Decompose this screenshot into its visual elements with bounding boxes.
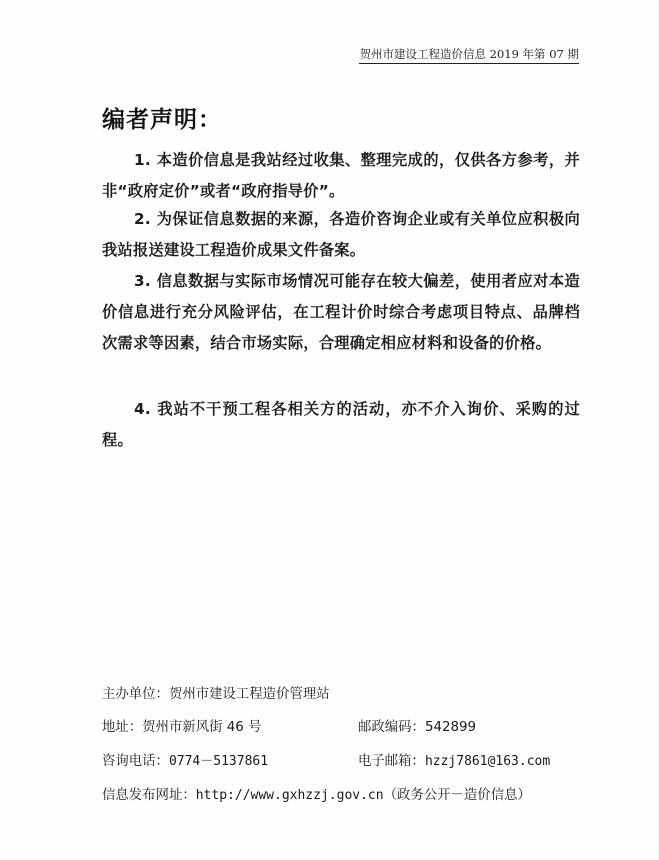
postcode-label: 邮政编码： <box>358 720 425 735</box>
phone-value: 0774－5137861 <box>169 754 268 769</box>
website-note: （政务公开－造价信息） <box>384 788 531 803</box>
website-link[interactable]: http://www.gxhzzj.gov.cn <box>196 788 384 803</box>
sponsor-label: 主办单位： <box>102 687 169 702</box>
statement-1: 1. 本造价信息是我站经过收集、整理完成的，仅供各方参考，并非“政府定价”或者“… <box>102 145 580 207</box>
sponsor-line: 主办单位：贺州市建设工程造价管理站 <box>102 683 330 702</box>
sponsor-value: 贺州市建设工程造价管理站 <box>169 687 330 702</box>
statement-2: 2. 为保证信息数据的来源，各造价咨询企业或有关单位应积极向我站报送建设工程造价… <box>102 204 580 266</box>
postcode-line: 邮政编码：542899 <box>358 716 476 735</box>
statement-3: 3. 信息数据与实际市场情况可能存在较大偏差，使用者应对本造价信息进行充分风险评… <box>102 266 580 359</box>
page-title: 编者声明： <box>102 101 222 134</box>
address-label: 地址： <box>102 720 142 735</box>
email-line: 电子邮箱：hzzj7861@163.com <box>358 750 550 769</box>
phone-line: 咨询电话：0774－5137861 <box>102 750 268 769</box>
phone-label: 咨询电话： <box>102 754 169 769</box>
website-line: 信息发布网址：http://www.gxhzzj.gov.cn（政务公开－造价信… <box>102 784 531 803</box>
email-label: 电子邮箱： <box>358 754 425 769</box>
address-line: 地址：贺州市新风街 46 号 <box>102 716 261 735</box>
website-label: 信息发布网址： <box>102 788 196 803</box>
email-value[interactable]: hzzj7861@163.com <box>425 754 550 769</box>
statement-4: 4. 我站不干预工程各相关方的活动，亦不介入询价、采购的过程。 <box>102 394 580 456</box>
running-header: 贺州市建设工程造价信息 2019 年第 07 期 <box>359 46 579 64</box>
address-value: 贺州市新风街 46 号 <box>142 720 261 735</box>
postcode-value: 542899 <box>425 720 476 735</box>
